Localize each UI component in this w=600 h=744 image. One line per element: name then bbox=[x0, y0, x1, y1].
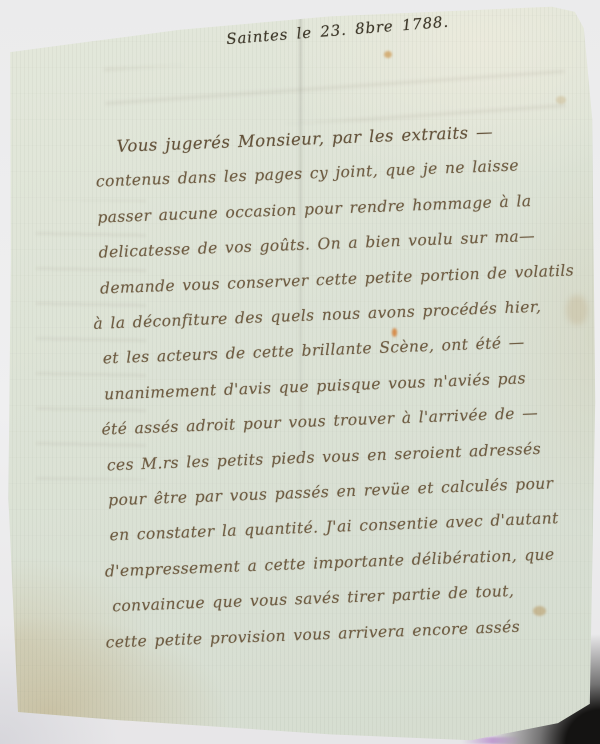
letter-paper: Saintes le 23. 8bre 1788. Vous jugerés M… bbox=[0, 0, 600, 744]
letter-dateline: Saintes le 23. 8bre 1788. bbox=[226, 10, 487, 48]
photo-background: Saintes le 23. 8bre 1788. Vous jugerés M… bbox=[0, 0, 600, 744]
foxing-spot bbox=[556, 96, 566, 104]
letter-body: Vous jugerés Monsieur, par les extraits … bbox=[86, 111, 600, 661]
foxing-spot bbox=[384, 51, 392, 58]
